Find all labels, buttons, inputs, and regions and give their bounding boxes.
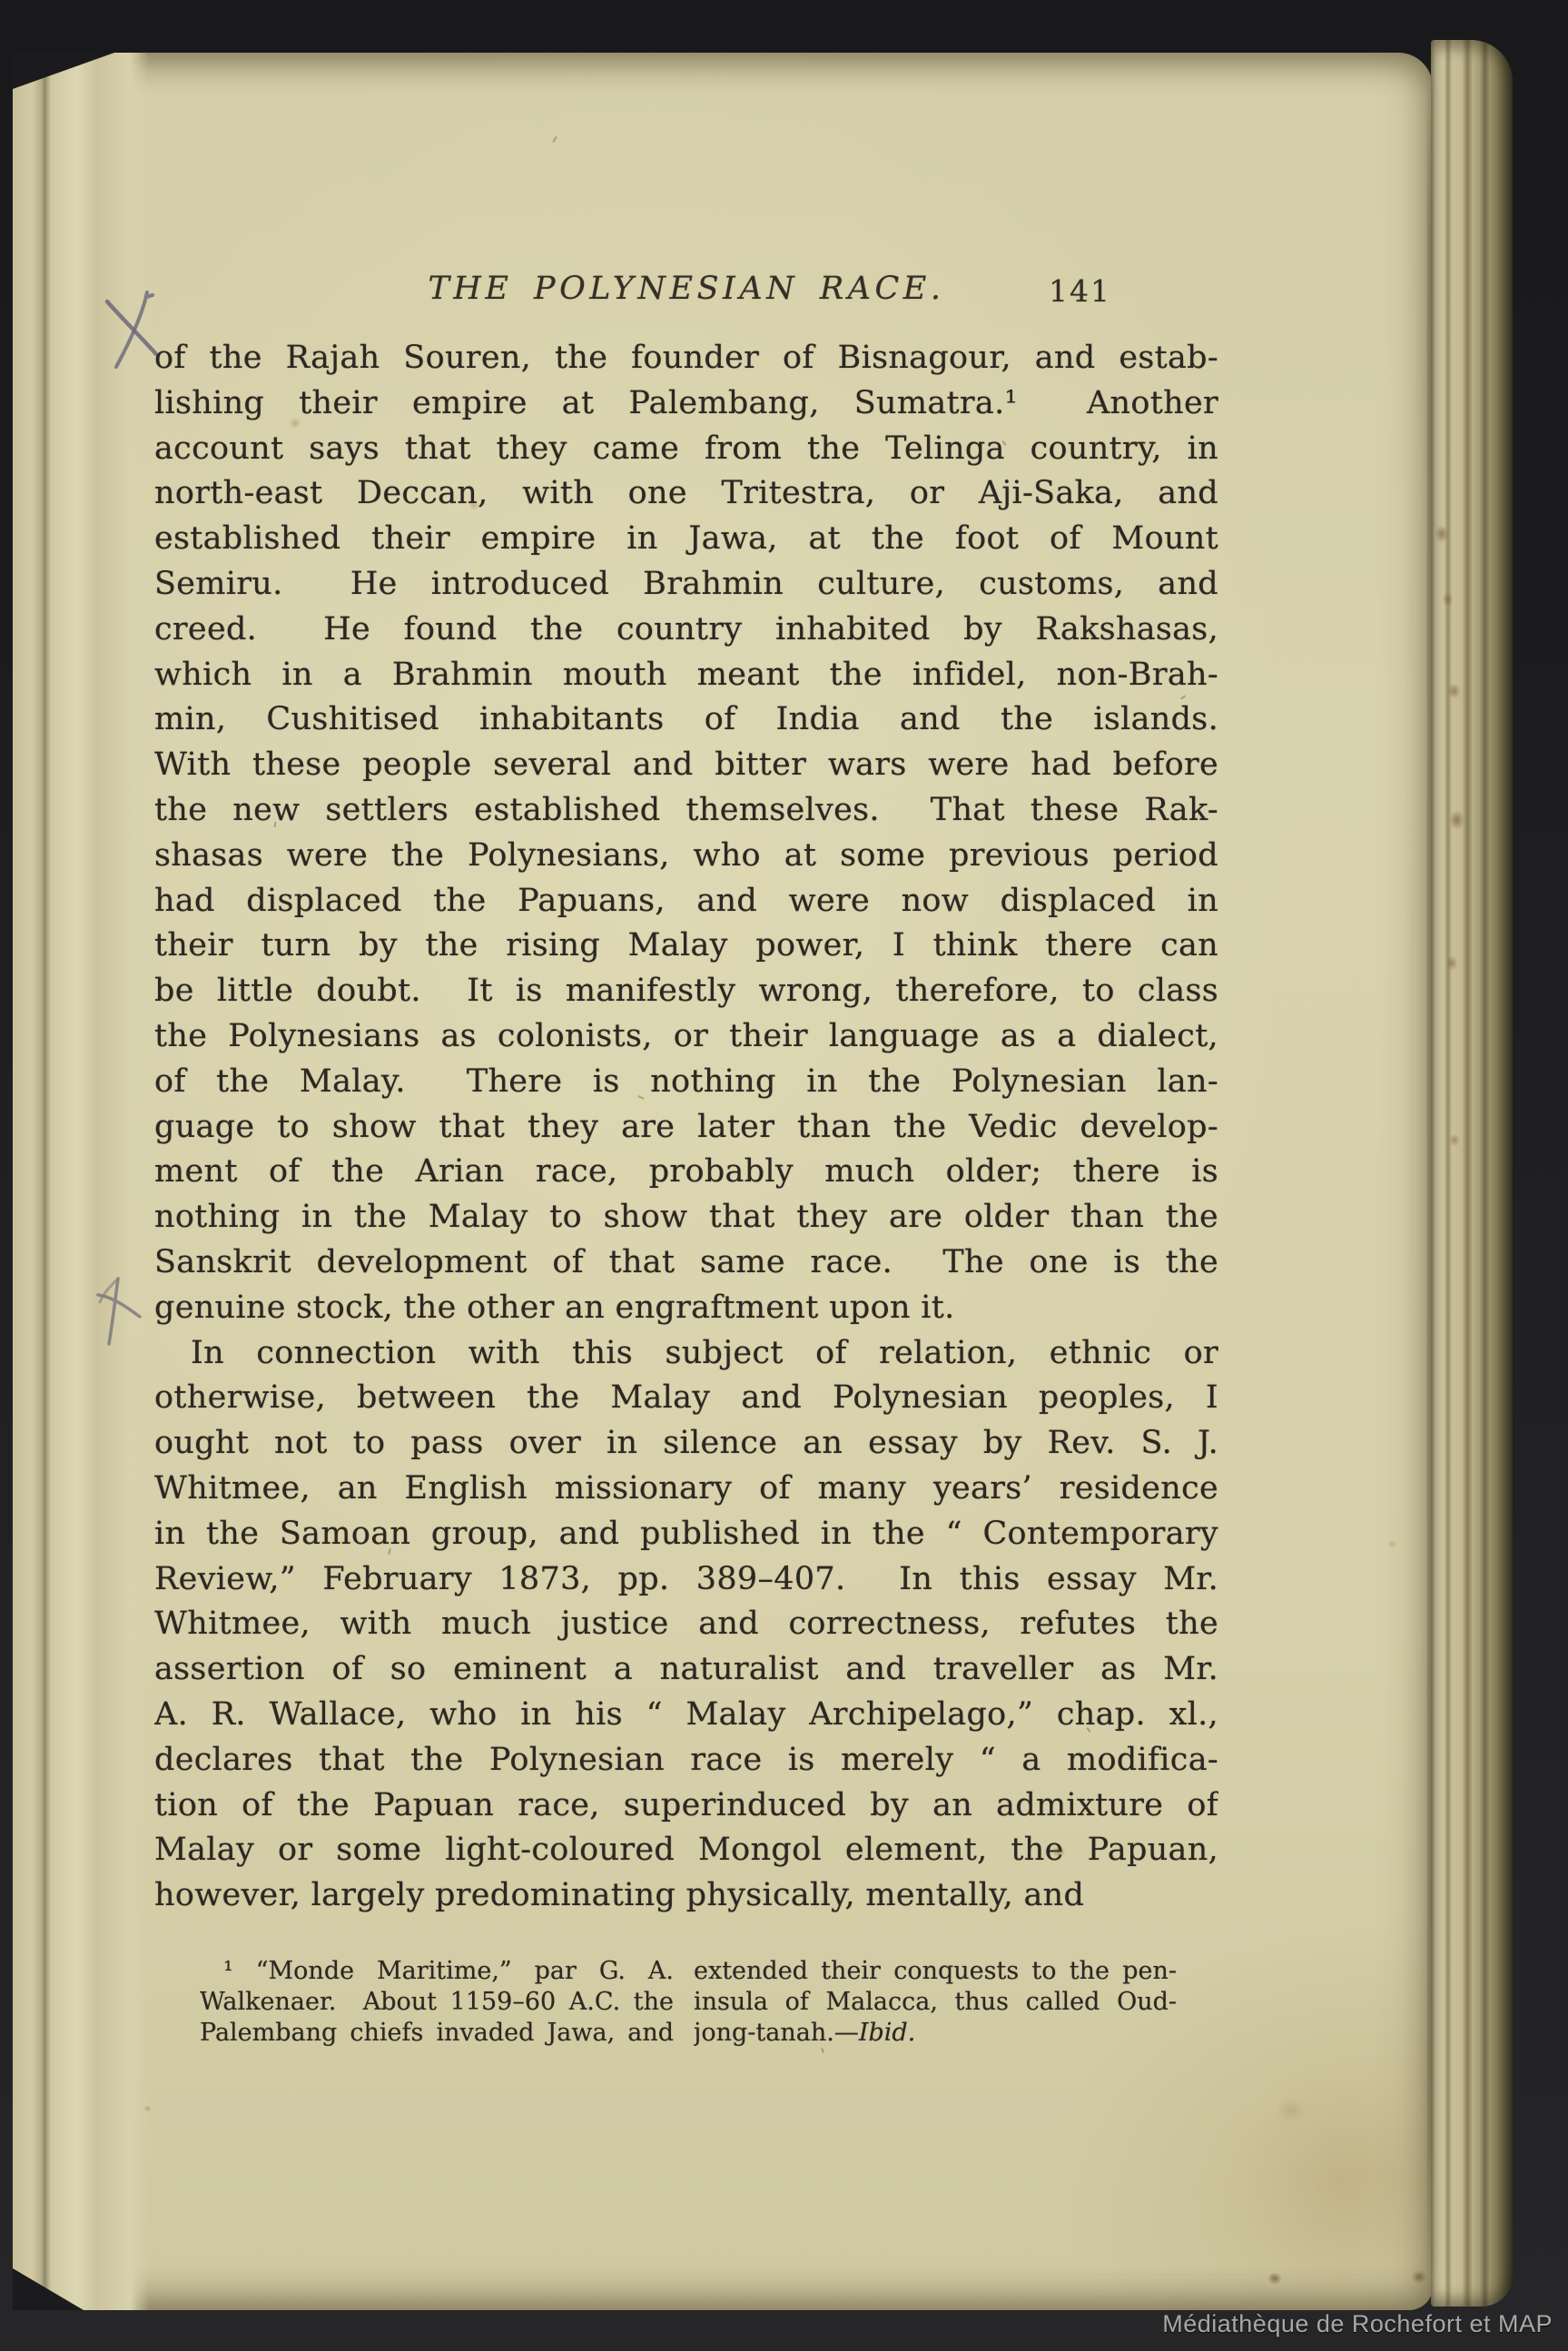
book-page: THE POLYNESIAN RACE. 141 of the Rajah So… — [13, 53, 1433, 2310]
footnote-ibid: Ibid. — [859, 2019, 915, 2047]
body-line: shasas were the Polynesians, who at some… — [154, 834, 1218, 879]
footnote-line: Walkenaer. About 1159–60 A.C. the — [200, 1987, 674, 2018]
body-line: account says that they came from the Tel… — [154, 427, 1218, 472]
page-edge-seam — [1427, 54, 1433, 2297]
body-line: Sanskrit development of that same race. … — [154, 1240, 1218, 1286]
book-fore-edge — [1431, 40, 1513, 2307]
body-line: lishing their empire at Palembang, Sumat… — [154, 381, 1218, 427]
running-header: THE POLYNESIAN RACE. 141 — [154, 271, 1218, 318]
body-line: assertion of so eminent a naturalist and… — [154, 1647, 1218, 1693]
footnote-line-text: jong-tanah.— — [694, 2019, 859, 2047]
body-line: established their empire in Jawa, at the… — [154, 517, 1218, 562]
footnote-line: extended their conquests to the pen- — [694, 1956, 1177, 1987]
body-line: genuine stock, the other an engraftment … — [154, 1286, 1218, 1331]
body-line: declares that the Polynesian race is mer… — [154, 1738, 1218, 1783]
body-line: otherwise, between the Malay and Polynes… — [154, 1376, 1218, 1421]
body-line: the Polynesians as colonists, or their l… — [154, 1014, 1218, 1060]
body-line: min, Cushitised inhabitants of India and… — [154, 697, 1218, 743]
body-line: Review,” February 1873, pp. 389–407. In … — [154, 1557, 1218, 1603]
book-photograph: THE POLYNESIAN RACE. 141 of the Rajah So… — [0, 0, 1568, 2351]
body-line: With these people several and bitter war… — [154, 743, 1218, 788]
footnote-line: ¹ “Monde Maritime,” par G. A. — [200, 1956, 674, 1987]
footnote-line: jong-tanah.—Ibid. — [694, 2018, 1177, 2049]
body-line: Whitmee, with much justice and correctne… — [154, 1602, 1218, 1647]
body-line: their turn by the rising Malay power, I … — [154, 924, 1218, 969]
body-line: ment of the Arian race, probably much ol… — [154, 1150, 1218, 1195]
body-line: of the Rajah Souren, the founder of Bisn… — [154, 336, 1218, 381]
body-line: north-east Deccan, with one Tritestra, o… — [154, 471, 1218, 517]
body-line: guage to show that they are later than t… — [154, 1105, 1218, 1151]
body-line: in the Samoan group, and published in th… — [154, 1512, 1218, 1557]
footnote-right-column: extended their conquests to the pen- ins… — [694, 1956, 1177, 2049]
footnote: ¹ “Monde Maritime,” par G. A. Walkenaer.… — [200, 1956, 1177, 2049]
body-line: Whitmee, an English missionary of many y… — [154, 1467, 1218, 1512]
body-line: which in a Brahmin mouth meant the infid… — [154, 653, 1218, 698]
body-line: the new settlers established themselves.… — [154, 788, 1218, 834]
body-line: In connection with this subject of relat… — [154, 1331, 1218, 1377]
body-line: Malay or some light-coloured Mongol elem… — [154, 1828, 1218, 1873]
body-text: of the Rajah Souren, the founder of Bisn… — [154, 336, 1218, 1919]
pencil-check-mark-icon — [91, 1271, 149, 1351]
body-line: A. R. Wallace, who in his “ Malay Archip… — [154, 1693, 1218, 1738]
footnote-line: Palembang chiefs invaded Jawa, and — [200, 2018, 674, 2049]
footnote-left-column: ¹ “Monde Maritime,” par G. A. Walkenaer.… — [200, 1956, 674, 2049]
page-number: 141 — [1049, 273, 1111, 309]
binding-gutter — [13, 53, 149, 2310]
body-line: however, largely predominating physicall… — [154, 1873, 1218, 1919]
body-line: be little doubt. It is manifestly wrong,… — [154, 969, 1218, 1014]
body-line: creed. He found the country inhabited by… — [154, 608, 1218, 653]
body-line: tion of the Papuan race, superinduced by… — [154, 1783, 1218, 1829]
body-line: ought not to pass over in silence an ess… — [154, 1421, 1218, 1467]
body-line: of the Malay. There is nothing in the Po… — [154, 1060, 1218, 1105]
body-line: Semiru. He introduced Brahmin culture, c… — [154, 562, 1218, 608]
body-line: had displaced the Papuans, and were now … — [154, 879, 1218, 924]
footnote-line: insula of Malacca, thus called Oud- — [694, 1987, 1177, 2018]
watermark: Médiathèque de Rochefort et MAP — [1162, 2310, 1553, 2338]
body-line: nothing in the Malay to show that they a… — [154, 1195, 1218, 1240]
